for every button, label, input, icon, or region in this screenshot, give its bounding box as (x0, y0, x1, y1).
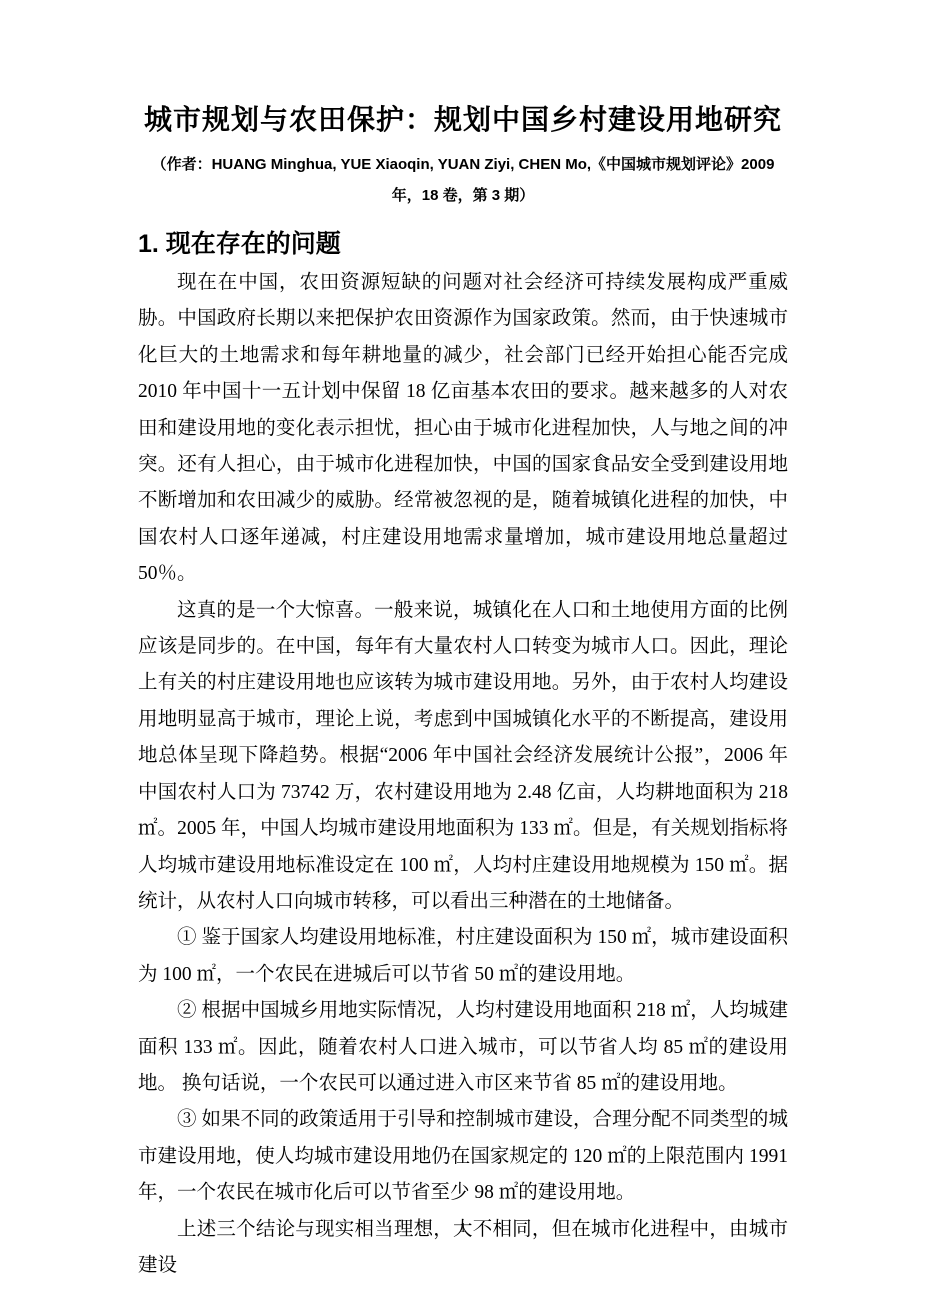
document-body: 现在在中国，农田资源短缺的问题对社会经济可持续发展构成严重威胁。中国政府长期以来… (138, 265, 788, 1284)
body-paragraph: ① 鉴于国家人均建设用地标准，村庄建设面积为 150 ㎡，城市建设面积为 100… (138, 920, 788, 993)
body-paragraph: ③ 如果不同的政策适用于引导和控制城市建设，合理分配不同类型的城市建设用地，使人… (138, 1102, 788, 1211)
body-paragraph: 这真的是一个大惊喜。一般来说，城镇化在人口和土地使用方面的比例应该是同步的。在中… (138, 593, 788, 921)
page-number: 1 (0, 1221, 926, 1237)
document-page: 城市规划与农田保护：规划中国乡村建设用地研究 （作者：HUANG Minghua… (0, 0, 926, 1309)
body-paragraph: ② 根据中国城乡用地实际情况，人均村建设用地面积 218 ㎡，人均城建面积 13… (138, 993, 788, 1102)
document-title: 城市规划与农田保护：规划中国乡村建设用地研究 (138, 102, 788, 137)
body-paragraph: 现在在中国，农田资源短缺的问题对社会经济可持续发展构成严重威胁。中国政府长期以来… (138, 265, 788, 593)
author-byline: （作者：HUANG Minghua, YUE Xiaoqin, YUAN Ziy… (138, 149, 788, 211)
section-heading: 1. 现在存在的问题 (138, 229, 788, 259)
